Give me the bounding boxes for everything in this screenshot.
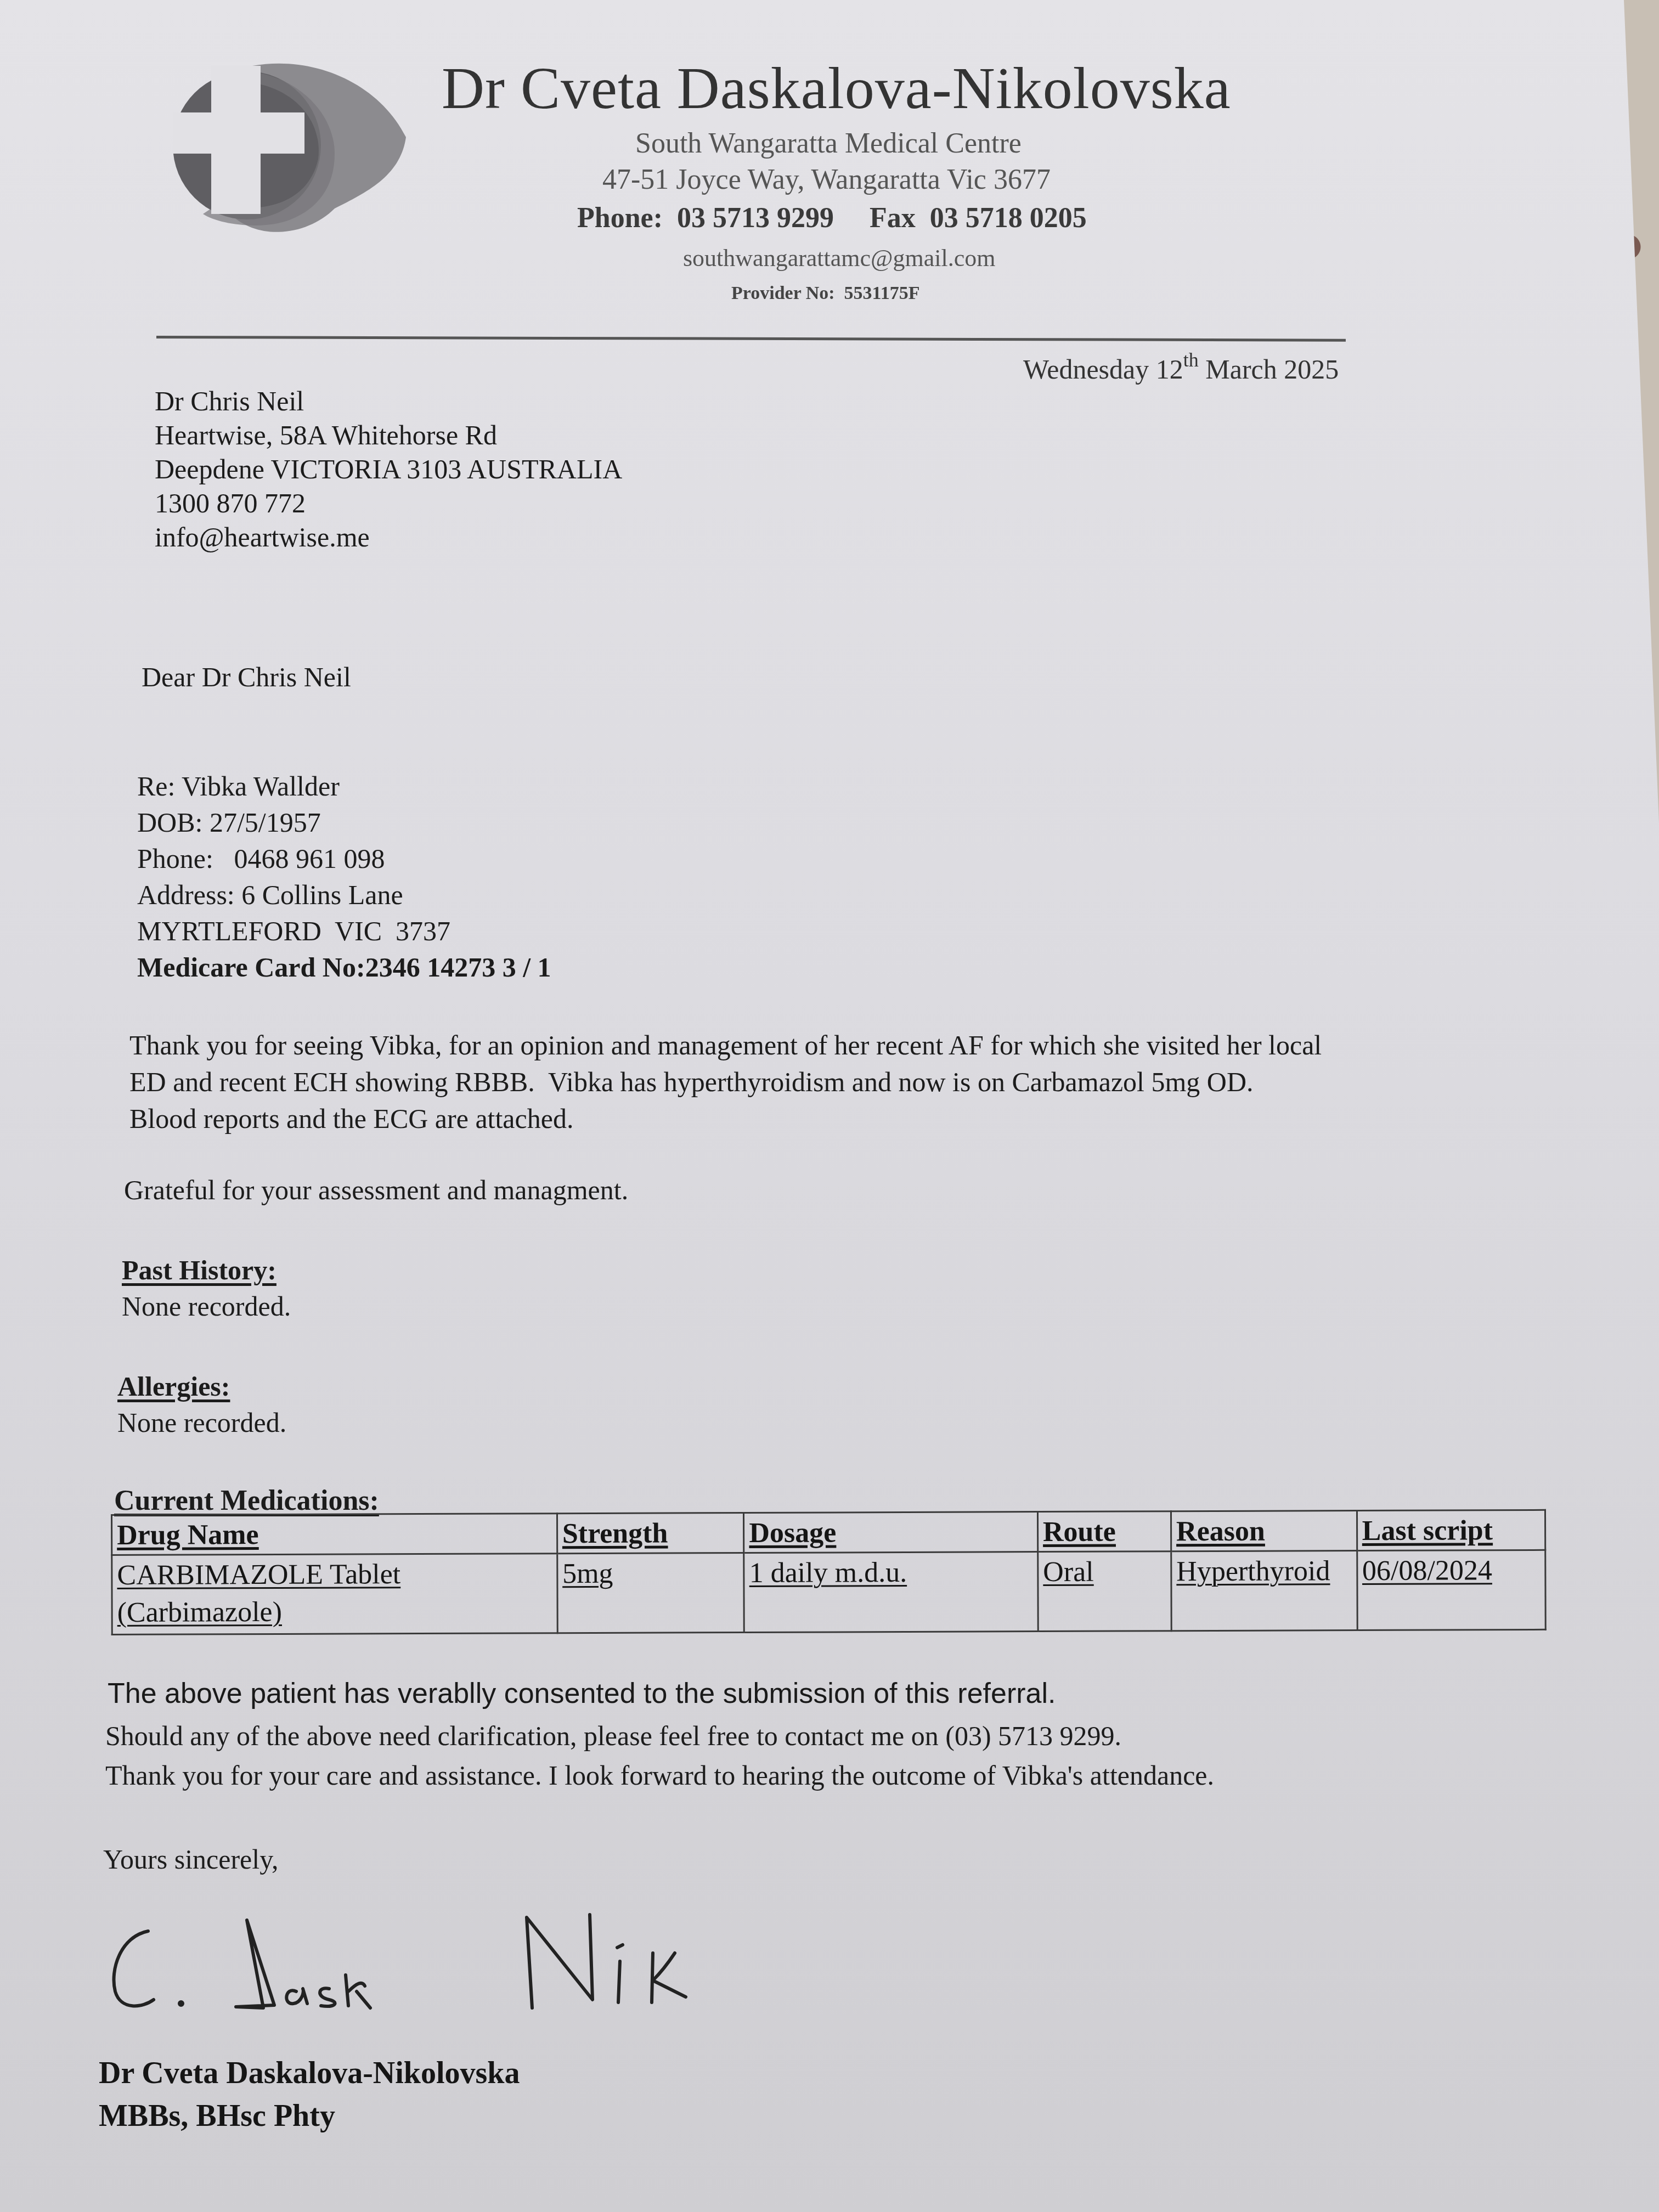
allergies-heading: Allergies: [117,1368,286,1404]
date-weekday: Wednesday [1023,354,1149,385]
fax-label: Fax [870,202,916,234]
recipient-street: Heartwise, 58A Whitehorse Rd [155,418,622,452]
date-suffix: th [1183,349,1199,371]
closing-paragraph: Should any of the above need clarificati… [105,1716,1214,1795]
paragraph-line: Thank you for seeing Vibka, for an opini… [129,1027,1322,1064]
patient-address-line2: MYRTLEFORD VIC 3737 [137,913,551,949]
patient-medicare: Medicare Card No:2346 14273 3 / 1 [137,949,551,985]
cell-dosage: 1 daily m.d.u. [744,1552,1038,1633]
recipient-email: info@heartwise.me [155,520,622,554]
sign-off: Yours sincerely, [103,1843,278,1875]
phone-number: 03 5713 9299 [677,202,834,234]
phone-label: Phone: [577,202,663,234]
patient-phone: Phone: 0468 961 098 [137,840,551,877]
patient-re: Re: Vibka Wallder [137,768,551,804]
recipient-address: Dr Chris Neil Heartwise, 58A Whitehorse … [155,384,622,554]
provider-number: 5531175F [844,283,920,303]
signatory-qualifications: MBBs, BHsc Phty [99,2095,520,2137]
medications-heading: Current Medications: [114,1485,379,1517]
cell-drug-name: CARBIMAZOLE Tablet (Carbimazole) [112,1554,557,1635]
medical-cross-logo-icon [170,49,411,247]
letterhead-divider [156,336,1346,342]
past-history-section: Past History: None recorded. [122,1252,291,1324]
letterhead-address: 47-51 Joyce Way, Wangaratta Vic 3677 [602,163,1051,196]
letterhead-doctor-name: Dr Cveta Daskalova-Nikolovska [442,55,1231,123]
table-row: CARBIMAZOLE Tablet (Carbimazole) 5mg 1 d… [112,1550,1545,1634]
fax-number: 03 5718 0205 [930,202,1087,234]
drug-name-line: CARBIMAZOLE Tablet [117,1555,552,1594]
column-header-last-script: Last script [1357,1510,1545,1550]
letter-page: Dr Cveta Daskalova-Nikolovska South Wang… [0,0,1659,2212]
cell-last-script: 06/08/2024 [1357,1550,1545,1630]
salutation: Dear Dr Chris Neil [142,661,351,693]
past-history-heading: Past History: [122,1252,291,1288]
column-header-drug-name: Drug Name [112,1514,557,1555]
patient-details: Re: Vibka Wallder DOB: 27/5/1957 Phone: … [137,768,551,985]
provider-label: Provider No: [731,283,835,303]
cell-route: Oral [1038,1551,1172,1632]
patient-dob: DOB: 27/5/1957 [137,804,551,840]
signatory-block: Dr Cveta Daskalova-Nikolovska MBBs, BHsc… [99,2052,520,2137]
contact-line: Should any of the above need clarificati… [105,1716,1214,1756]
allergies-value: None recorded. [117,1404,286,1441]
handwritten-signature [99,1909,702,2019]
column-header-route: Route [1037,1511,1171,1552]
past-history-value: None recorded. [122,1288,291,1324]
gratitude-paragraph: Grateful for your assessment and managme… [124,1174,628,1206]
patient-address-line1: Address: 6 Collins Lane [137,877,551,913]
column-header-reason: Reason [1171,1511,1357,1551]
letterhead-provider: Provider No: 5531175F [731,283,919,304]
signatory-name: Dr Cveta Daskalova-Nikolovska [99,2052,520,2095]
referral-paragraph: Thank you for seeing Vibka, for an opini… [129,1027,1322,1137]
column-header-strength: Strength [557,1513,744,1553]
letterhead-email: southwangarattamc@gmail.com [683,244,996,272]
recipient-city: Deepdene VICTORIA 3103 AUSTRALIA [155,452,622,486]
thanks-line: Thank you for your care and assistance. … [105,1756,1214,1795]
recipient-name: Dr Chris Neil [155,384,622,418]
recipient-phone: 1300 870 772 [155,486,622,520]
cell-reason: Hyperthyroid [1171,1551,1357,1631]
table-header-row: Drug Name Strength Dosage Route Reason L… [112,1510,1545,1555]
column-header-dosage: Dosage [744,1512,1038,1553]
paragraph-line: ED and recent ECH showing RBBB. Vibka ha… [129,1064,1322,1101]
cell-strength: 5mg [557,1553,744,1633]
date-day: 12 [1156,354,1183,385]
date-month-year: March 2025 [1205,354,1339,385]
letter-date: Wednesday 12th March 2025 [1023,353,1339,385]
allergies-section: Allergies: None recorded. [117,1368,286,1441]
medications-table: Drug Name Strength Dosage Route Reason L… [111,1509,1547,1635]
letterhead-phone-fax: Phone: 03 5713 9299 Fax 03 5718 0205 [577,202,1087,234]
drug-generic-line: (Carbimazole) [117,1593,552,1632]
letterhead-practice: South Wangaratta Medical Centre [635,127,1022,160]
consent-statement: The above patient has verablly consented… [108,1677,1056,1710]
paragraph-line: Blood reports and the ECG are attached. [129,1101,1322,1137]
